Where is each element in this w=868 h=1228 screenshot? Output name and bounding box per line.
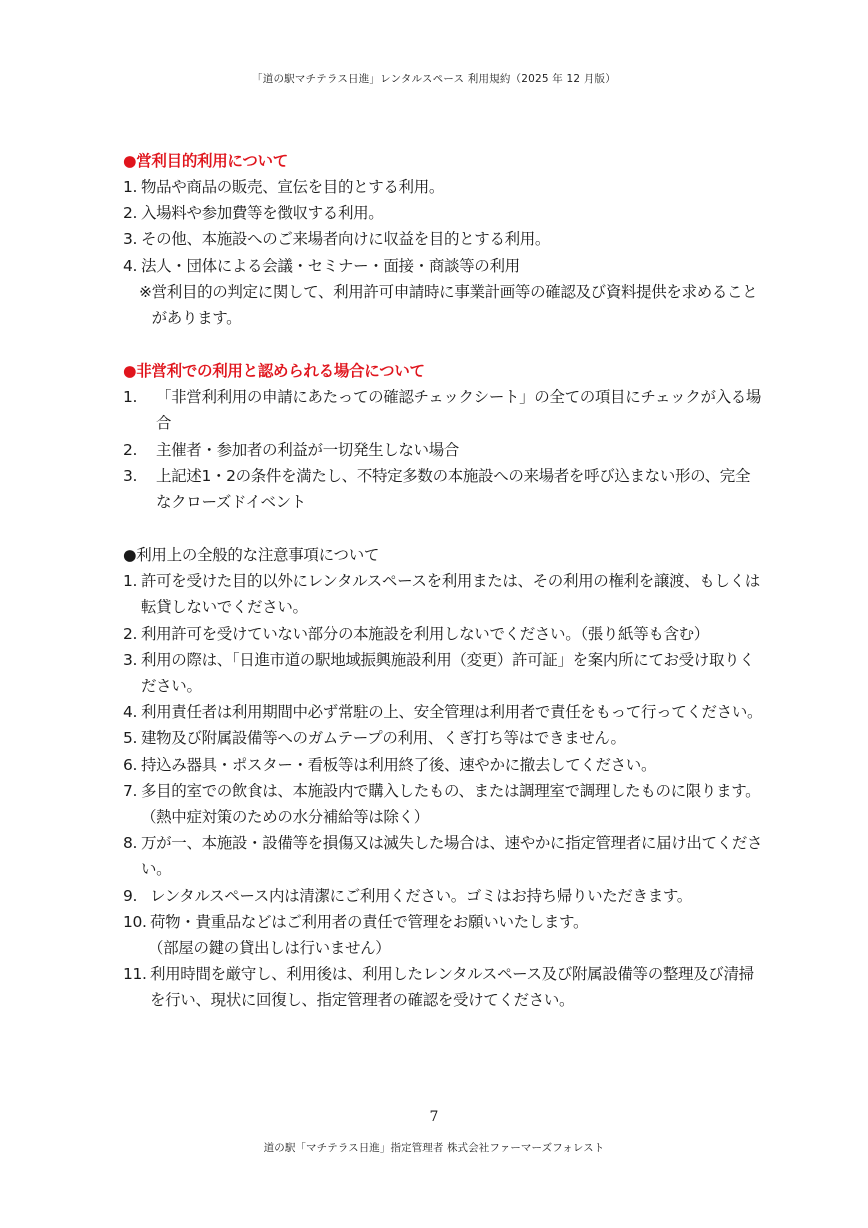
item-text: 利用許可を受けていない部分の本施設を利用しないでください。（張り紙等も含む）	[141, 621, 763, 647]
item-sub-note: （部屋の鍵の貸出しは行いません）	[123, 935, 763, 961]
item-number: 8.	[123, 830, 141, 882]
list-item: 11. 利用時間を厳守し、利用後は、利用したレンタルスペース及び附属設備等の整理…	[123, 961, 763, 1013]
item-number: 1.	[123, 174, 141, 200]
item-text: 上記述1・2の条件を満たし、不特定多数の本施設への来場者を呼び込まない形の、完全…	[156, 463, 763, 515]
list-item: 3. その他、本施設へのご来場者向けに収益を目的とする利用。	[123, 226, 763, 252]
item-text: 多目的室での飲食は、本施設内で購入したもの、または調理室で調理したものに限ります…	[141, 778, 763, 830]
item-text: 物品や商品の販売、宣伝を目的とする利用。	[141, 174, 763, 200]
item-number: 9.	[123, 883, 150, 909]
note-mark: ※	[139, 279, 152, 331]
list-item: 2. 入場料や参加費等を徴収する利用。	[123, 200, 763, 226]
item-text: その他、本施設へのご来場者向けに収益を目的とする利用。	[141, 226, 763, 252]
list-item: 4. 法人・団体による会議・セミナー・面接・商談等の利用	[123, 253, 763, 279]
item-number: 11.	[123, 961, 150, 1013]
list-item: 2. 利用許可を受けていない部分の本施設を利用しないでください。（張り紙等も含む…	[123, 621, 763, 647]
item-number: 4.	[123, 253, 141, 279]
note-text: 営利目的の判定に関して、利用許可申請時に事業計画等の確認及び資料提供を求めること…	[152, 279, 763, 331]
list-item: 1. 「非営利利用の申請にあたっての確認チェックシート」の全ての項目にチェックが…	[123, 384, 763, 436]
item-number: 2.	[123, 437, 156, 463]
section-nonprofit-use: ●非営利での利用と認められる場合について 1. 「非営利利用の申請にあたっての確…	[123, 358, 763, 515]
item-text: 利用時間を厳守し、利用後は、利用したレンタルスペース及び附属設備等の整理及び清掃…	[150, 961, 763, 1013]
list-item: 3. 上記述1・2の条件を満たし、不特定多数の本施設への来場者を呼び込まない形の…	[123, 463, 763, 515]
item-number: 4.	[123, 699, 141, 725]
section-general-precautions: ●利用上の全般的な注意事項について 1. 許可を受けた目的以外にレンタルスペース…	[123, 542, 763, 1013]
item-number: 3.	[123, 226, 141, 252]
item-number: 1.	[123, 568, 141, 620]
item-number: 10.	[123, 909, 150, 935]
section-spacer	[123, 331, 763, 358]
list-item: 5. 建物及び附属設備等へのガムテープの利用、くぎ打ち等はできません。	[123, 725, 763, 751]
item-text: 入場料や参加費等を徴収する利用。	[141, 200, 763, 226]
section-spacer	[123, 515, 763, 542]
list-item: 3. 利用の際は、「日進市道の駅地域振興施設利用（変更）許可証」を案内所にてお受…	[123, 647, 763, 699]
item-text: 荷物・貴重品などはご利用者の責任で管理をお願いいたします。	[150, 909, 763, 935]
document-body: ●営利目的利用について 1. 物品や商品の販売、宣伝を目的とする利用。 2. 入…	[123, 148, 763, 1014]
item-text: 許可を受けた目的以外にレンタルスペースを利用または、その利用の権利を譲渡、もしく…	[141, 568, 763, 620]
list-item: 6. 持込み器具・ポスター・看板等は利用終了後、速やかに撤去してください。	[123, 752, 763, 778]
section-commercial-use: ●営利目的利用について 1. 物品や商品の販売、宣伝を目的とする利用。 2. 入…	[123, 148, 763, 331]
list-item: 7. 多目的室での飲食は、本施設内で購入したもの、または調理室で調理したものに限…	[123, 778, 763, 830]
item-text: 主催者・参加者の利益が一切発生しない場合	[156, 437, 763, 463]
list-item: 1. 許可を受けた目的以外にレンタルスペースを利用または、その利用の権利を譲渡、…	[123, 568, 763, 620]
section-note: ※ 営利目的の判定に関して、利用許可申請時に事業計画等の確認及び資料提供を求める…	[123, 279, 763, 331]
item-text: レンタルスペース内は清潔にご利用ください。ゴミはお持ち帰りいただきます。	[150, 883, 763, 909]
list-item: 10. 荷物・貴重品などはご利用者の責任で管理をお願いいたします。	[123, 909, 763, 935]
item-text: 持込み器具・ポスター・看板等は利用終了後、速やかに撤去してください。	[141, 752, 763, 778]
list-item: 8. 万が一、本施設・設備等を損傷又は滅失した場合は、速やかに指定管理者に届け出…	[123, 830, 763, 882]
section-title: ●営利目的利用について	[123, 148, 763, 174]
item-text: 利用の際は、「日進市道の駅地域振興施設利用（変更）許可証」を案内所にてお受け取り…	[141, 647, 763, 699]
section-title: ●利用上の全般的な注意事項について	[123, 542, 763, 568]
list-item: 9. レンタルスペース内は清潔にご利用ください。ゴミはお持ち帰りいただきます。	[123, 883, 763, 909]
page-number: 7	[0, 1109, 868, 1125]
list-item: 1. 物品や商品の販売、宣伝を目的とする利用。	[123, 174, 763, 200]
item-number: 5.	[123, 725, 141, 751]
item-text: 法人・団体による会議・セミナー・面接・商談等の利用	[141, 253, 763, 279]
list-item: 4. 利用責任者は利用期間中必ず常駐の上、安全管理は利用者で責任をもって行ってく…	[123, 699, 763, 725]
list-item: 2. 主催者・参加者の利益が一切発生しない場合	[123, 437, 763, 463]
item-number: 3.	[123, 463, 156, 515]
item-number: 3.	[123, 647, 141, 699]
item-text: 利用責任者は利用期間中必ず常駐の上、安全管理は利用者で責任をもって行ってください…	[141, 699, 763, 725]
section-title: ●非営利での利用と認められる場合について	[123, 358, 763, 384]
item-text: 「非営利利用の申請にあたっての確認チェックシート」の全ての項目にチェックが入る場…	[156, 384, 763, 436]
item-number: 6.	[123, 752, 141, 778]
page-footer: 道の駅「マチテラス日進」指定管理者 株式会社ファーマーズフォレスト	[0, 1140, 868, 1155]
item-number: 1.	[123, 384, 156, 436]
item-text: 建物及び附属設備等へのガムテープの利用、くぎ打ち等はできません。	[141, 725, 763, 751]
item-number: 7.	[123, 778, 141, 830]
item-number: 2.	[123, 621, 141, 647]
item-text: 万が一、本施設・設備等を損傷又は滅失した場合は、速やかに指定管理者に届け出てくだ…	[141, 830, 763, 882]
item-number: 2.	[123, 200, 141, 226]
page-header: 「道の駅マチテラス日進」レンタルスペース 利用規約（2025 年 12 月版）	[0, 71, 868, 86]
